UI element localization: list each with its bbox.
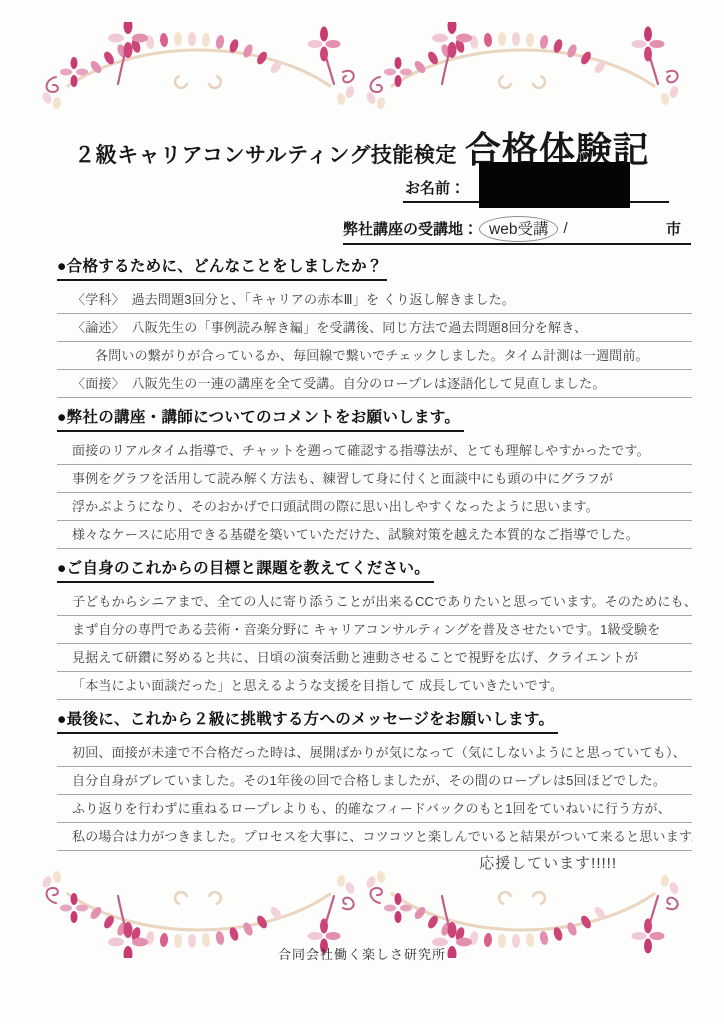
handwritten-line: 初回、面接が未達で不合格だった時は、展開ばかりが気になって（気にしないようにと思… [57,739,692,767]
handwritten-line: 私の場合は力がつきました。プロセスを大事に、コツコツと楽しんでいると結果がついて… [57,823,692,851]
name-field: お名前： [403,160,669,203]
handwritten-line: 自分自身がブレていました。その1年後の回で合格しましたが、その間のロープレは5回… [57,767,692,795]
section-message-to-challengers: ●最後に、これから２級に挑戦する方へのメッセージをお願いします。 初回、面接が未… [57,710,692,877]
course-location-value-circled: web受講 [479,216,558,242]
handwritten-line: 面接のリアルタイム指導で、チャットを遡って確認する指導法が、とても理解しやすかっ… [57,437,692,465]
handwritten-line: 様々なケースに応用できる基礎を築いていただけた、試験対策を越えた本質的なご指導で… [57,521,692,549]
course-location-label: 弊社講座の受講地： [343,218,478,239]
handwritten-line: 各問いの繋がりが合っているか、毎回線で繋いでチェックしました。タイム計測は一週間… [57,342,692,370]
handwritten-line: 「本当によい面談だった」と思えるような支援を目指して 成長していきたいです。 [57,672,692,700]
name-label: お名前： [405,177,465,198]
location-separator: / [563,220,567,237]
redacted-name-box [479,162,630,208]
floral-border-top [34,22,690,116]
handwritten-line: 事例をグラフを活用して読み解く方法も、練習して身に付くと面談中にも頭の中にグラフ… [57,465,692,493]
certification-title-prefix: ２級キャリアコンサルティング技能検定 [74,144,457,167]
handwritten-line: 子どもからシニアまで、全ての人に寄り添うことが出来るCCでありたいと思っています… [57,588,692,616]
handwritten-line: まず自分の専門である芸術・音楽分野に キャリアコンサルティングを普及させたいです… [57,616,692,644]
section-header: ●ご自身のこれからの目標と課題を教えてください。 [57,559,434,583]
handwritten-line: 見据えて研鑽に努めると共に、日頃の演奏活動と連動させることで視野を広げ、クライエ… [57,644,692,672]
section-header: ●最後に、これから２級に挑戦する方へのメッセージをお願いします。 [57,710,558,734]
handwritten-line: ふり返りを行わずに重ねるロープレよりも、的確なフィードバックのもと1回をていねい… [57,795,692,823]
section-header: ●弊社の講座・講師についてのコメントをお願いします。 [57,408,464,432]
testimonial-page: ２級キャリアコンサルティング技能検定合格体験記 お名前： 弊社講座の受講地： w… [0,0,724,1024]
section-course-comments: ●弊社の講座・講師についてのコメントをお願いします。 面接のリアルタイム指導で、… [57,408,692,549]
section-preparation: ●合格するために、どんなことをしましたか？ 〈学科〉 過去問題3回分と、「キャリ… [57,257,692,398]
location-city-suffix: 市 [666,218,681,239]
section-future-goals: ●ご自身のこれからの目標と課題を教えてください。 子どもからシニアまで、全ての人… [57,559,692,700]
handwritten-line: 〈面接〉 八阪先生の一連の講座を全て受講。自分のロープレは逐語化して見直しました… [57,370,692,398]
qa-sections: ●合格するために、どんなことをしましたか？ 〈学科〉 過去問題3回分と、「キャリ… [57,257,692,887]
handwritten-line: 浮かぶようになり、そのおかげで口頭試問の際に思い出しやすくなったように思います。 [57,493,692,521]
course-location-field: 弊社講座の受講地： web受講 / 市 [343,214,691,245]
company-name: 合同会社働く楽しさ研究所 [0,944,724,963]
handwritten-line: 〈論述〉 八阪先生の「事例読み解き編」を受講後、同じ方法で過去問題8回分を解き、 [57,314,692,342]
handwritten-line: 〈学科〉 過去問題3回分と、「キャリアの赤本Ⅲ」を くり返し解きました。 [57,286,692,314]
section-header: ●合格するために、どんなことをしましたか？ [57,257,387,281]
